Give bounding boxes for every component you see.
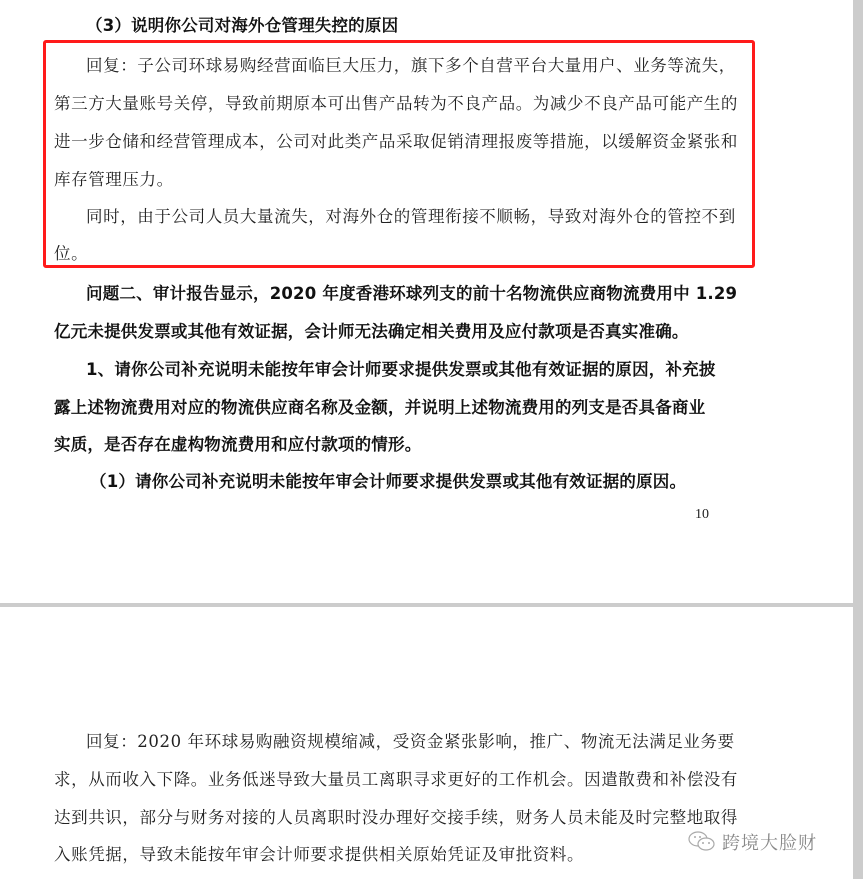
document-page-10: （3）说明你公司对海外仓管理失控的原因 回复：子公司环球易购经营面临巨大压力，旗… xyxy=(0,0,853,603)
wechat-icon xyxy=(688,831,716,853)
reply-line: 库存管理压力。 xyxy=(54,170,174,190)
question-line: 亿元未提供发票或其他有效证据，会计师无法确定相关费用及应付款项是否真实准确。 xyxy=(54,322,689,342)
scrollbar-track[interactable] xyxy=(853,0,863,879)
page-number: 10 xyxy=(695,507,709,523)
reply-line: 进一步仓储和经营管理成本，公司对此类产品采取促销清理报废等措施，以缓解资金紧张和 xyxy=(54,132,738,152)
question-line: 实质，是否存在虚构物流费用和应付款项的情形。 xyxy=(54,435,421,455)
reply-line: 回复：2020 年环球易购融资规模缩减，受资金紧张影响，推广、物流无法满足业务要 xyxy=(86,732,735,752)
sub-question-line: （1）请你公司补充说明未能按年审会计师要求提供发票或其他有效证据的原因。 xyxy=(90,472,686,492)
question-line: 露上述物流费用对应的物流供应商名称及金额，并说明上述物流费用的列支是否具备商业 xyxy=(54,398,705,418)
reply-line: 达到共识，部分与财务对接的人员离职时没办理好交接手续，财务人员未能及时完整地取得 xyxy=(54,808,738,828)
reply-line: 同时，由于公司人员大量流失，对海外仓的管理衔接不顺畅，导致对海外仓的管控不到 xyxy=(86,207,736,227)
watermark-text: 跨境大脸财 xyxy=(722,829,817,855)
reply-line: 第三方大量账号关停，导致前期原本可出售产品转为不良产品。为减少不良产品可能产生的 xyxy=(54,94,738,114)
reply-line: 求，从而收入下降。业务低迷导致大量员工离职寻求更好的工作机会。因遣散费和补偿没有 xyxy=(54,770,738,790)
watermark: 跨境大脸财 xyxy=(688,829,817,855)
reply-line: 位。 xyxy=(54,244,88,264)
reply-line: 回复：子公司环球易购经营面临巨大压力，旗下多个自营平台大量用户、业务等流失， xyxy=(86,56,736,76)
question-line: 1、请你公司补充说明未能按年审会计师要求提供发票或其他有效证据的原因，补充披 xyxy=(86,360,716,380)
reply-line: 入账凭据，导致未能按年审会计师要求提供相关原始凭证及审批资料。 xyxy=(54,845,584,865)
section-heading: （3）说明你公司对海外仓管理失控的原因 xyxy=(86,16,398,36)
question-line: 问题二、审计报告显示，2020 年度香港环球列支的前十名物流供应商物流费用中 1… xyxy=(86,284,737,304)
